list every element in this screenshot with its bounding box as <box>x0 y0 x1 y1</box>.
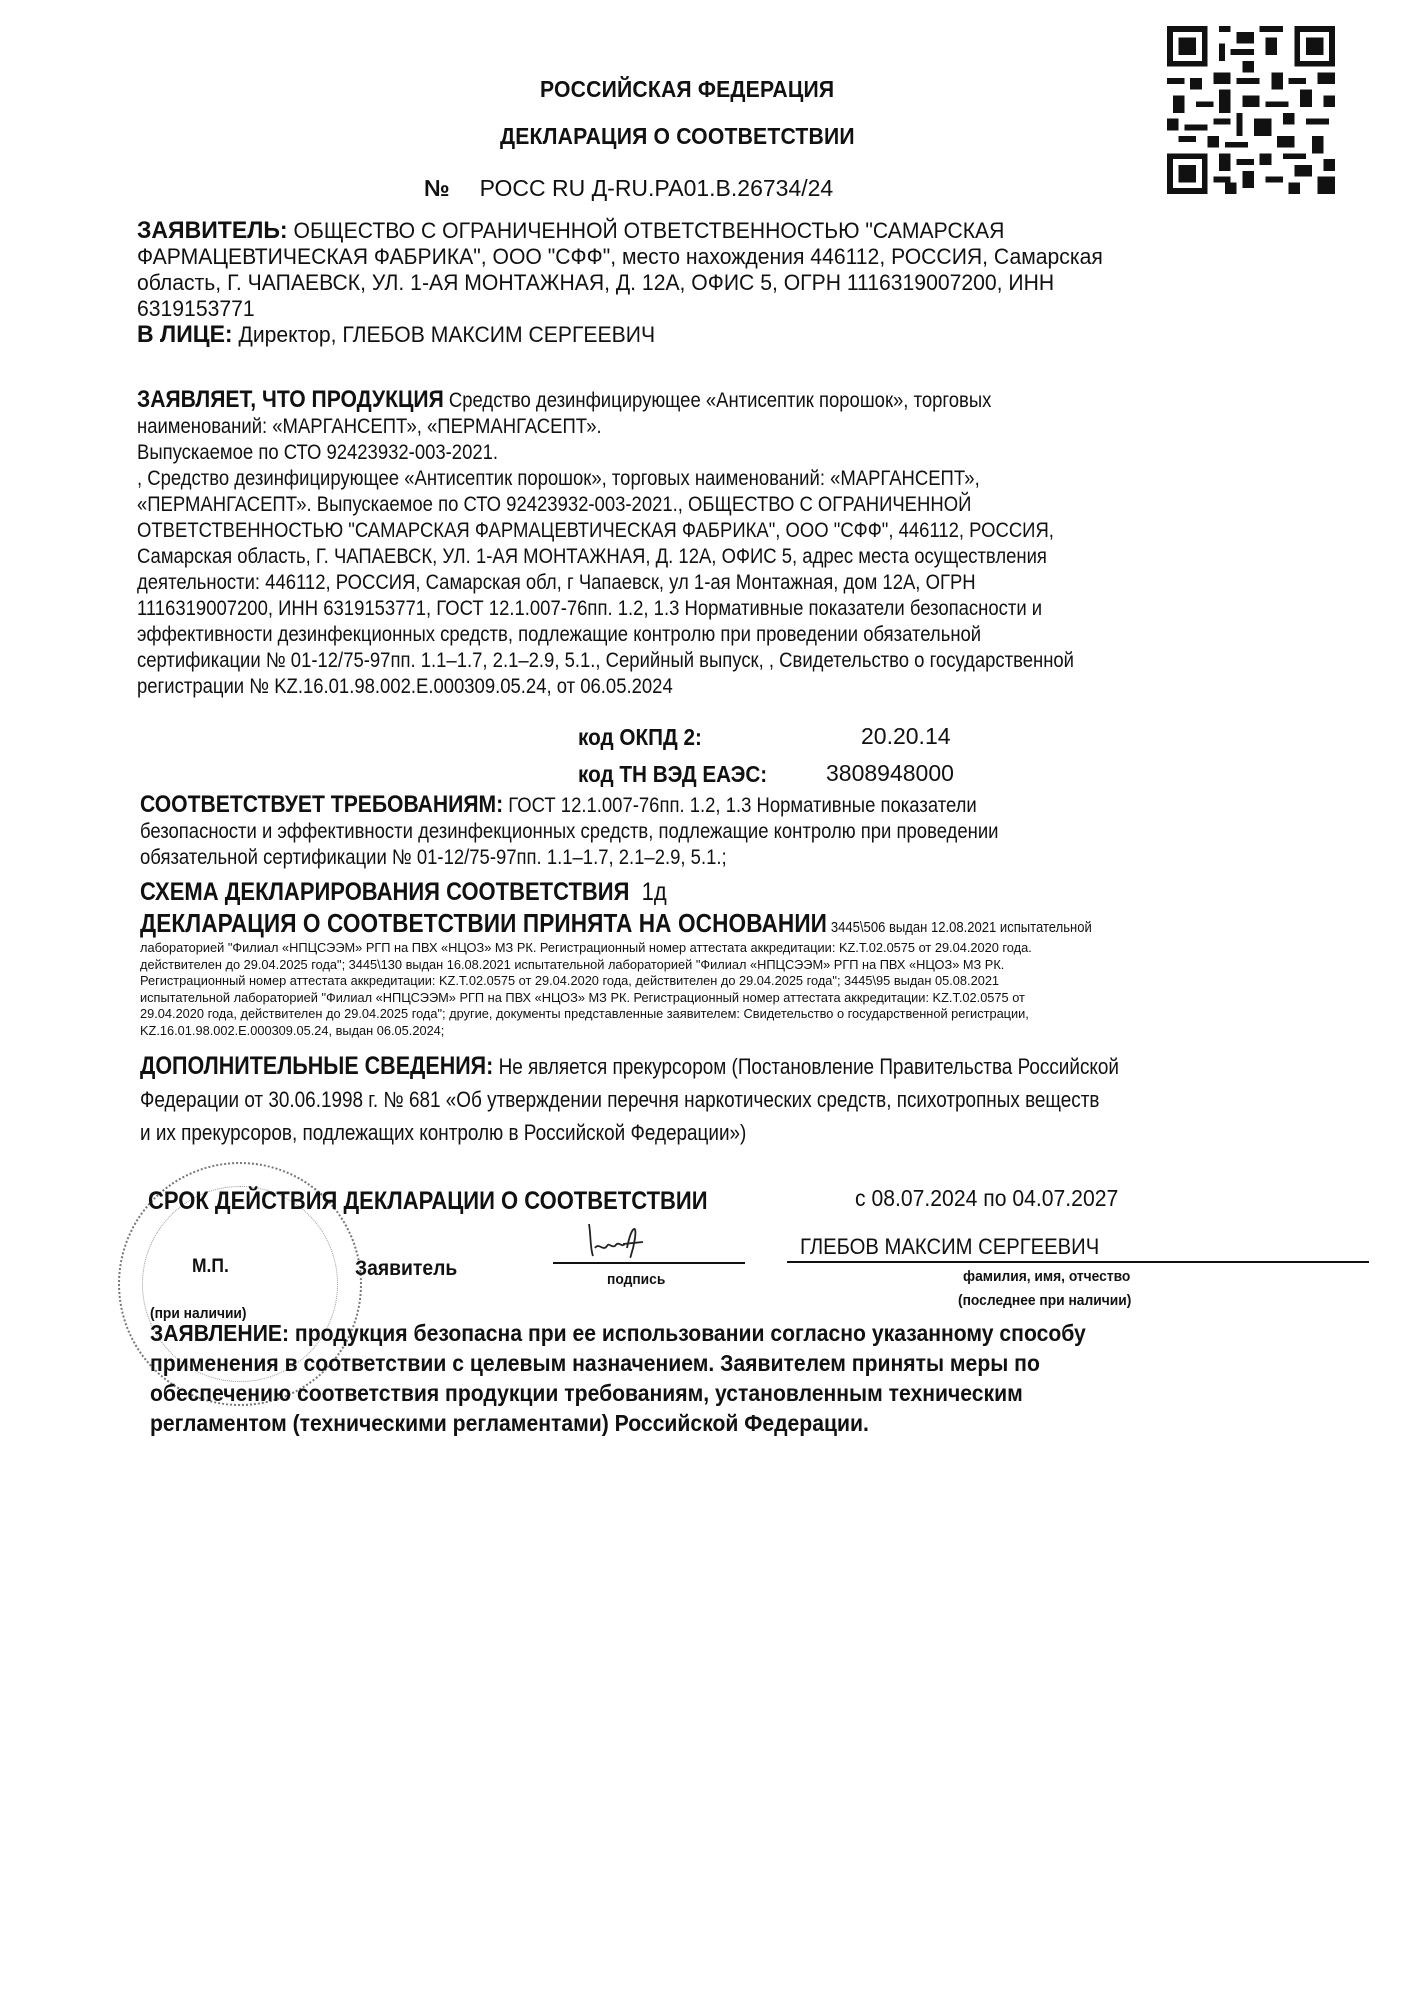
okpd-code-row: код ОКПД 2: <box>578 724 716 751</box>
okpd-value: 20.20.14 <box>861 723 951 750</box>
product-line: , Средство дезинфицирующее «Антисептик п… <box>137 466 1369 492</box>
product-line: ОТВЕТСТВЕННОСТЬЮ "САМАРСКАЯ ФАРМАЦЕВТИЧЕ… <box>137 518 1369 544</box>
basis-details: лабораторией "Филиал «НПЦСЭЭМ» РГП на ПВ… <box>140 940 1362 1039</box>
fio-caption: фамилия, имя, отчество <box>963 1268 1130 1285</box>
person-label: В ЛИЦЕ: <box>137 321 233 348</box>
additional-info-block: ДОПОЛНИТЕЛЬНЫЕ СВЕДЕНИЯ: Не является пре… <box>140 1050 1396 1149</box>
tnved-label: код ТН ВЭД ЕАЭС: <box>578 761 767 788</box>
statement-line: регламентом (техническими регламентами) … <box>150 1408 1414 1438</box>
additional-line: и их прекурсоров, подлежащих контролю в … <box>140 1116 1396 1149</box>
tnved-code-row: код ТН ВЭД ЕАЭС: <box>578 761 788 788</box>
applicant-line: ФАРМАЦЕВТИЧЕСКАЯ ФАБРИКА", ООО "СФФ", ме… <box>137 244 1312 270</box>
statement-line: обеспечению соответствия продукции требо… <box>150 1378 1414 1408</box>
person-value: Директор, ГЛЕБОВ МАКСИМ СЕРГЕЕВИЧ <box>238 322 655 347</box>
signer-fio: ГЛЕБОВ МАКСИМ СЕРГЕЕВИЧ <box>800 1234 1099 1260</box>
product-line: наименований: «МАРГАНСЕПТ», «ПЕРМАНГАСЕП… <box>137 414 1369 440</box>
product-line: деятельности: 446112, РОССИЯ, Самарская … <box>137 570 1369 596</box>
fio-caption-note: (последнее при наличии) <box>958 1292 1131 1309</box>
number-value: РОСС RU Д-RU.РА01.В.26734/24 <box>480 175 834 201</box>
signature-caption: подпись <box>607 1271 665 1288</box>
basis-line: 29.04.2020 года, действителен до 29.04.2… <box>140 1006 1362 1023</box>
basis-line: KZ.16.01.98.002.E.000309.05.24, выдан 06… <box>140 1023 1362 1040</box>
statement-block: ЗАЯВЛЕНИЕ: продукция безопасна при ее ис… <box>150 1318 1414 1438</box>
scheme-row: СХЕМА ДЕКЛАРИРОВАНИЯ СООТВЕТСТВИЯ 1д <box>140 878 667 907</box>
conformity-block: СООТВЕТСТВУЕТ ТРЕБОВАНИЯМ: ГОСТ 12.1.007… <box>140 792 1372 871</box>
signature-scribble-icon <box>585 1218 655 1262</box>
product-line: «ПЕРМАНГАСЕПТ». Выпускаемое по СТО 92423… <box>137 492 1369 518</box>
conformity-line: безопасности и эффективности дезинфекцио… <box>140 819 1372 845</box>
declaration-number: №РОСС RU Д-RU.РА01.В.26734/24 <box>424 175 833 202</box>
tnved-value: 3808948000 <box>826 760 954 787</box>
document-title: ДЕКЛАРАЦИЯ О СООТВЕТСТВИИ <box>500 123 855 150</box>
signature-line <box>553 1262 745 1264</box>
additional-line: Федерации от 30.06.1998 г. № 681 «Об утв… <box>140 1083 1396 1116</box>
product-line: Самарская область, Г. ЧАПАЕВСК, УЛ. 1-АЯ… <box>137 544 1369 570</box>
applicant-block: ЗАЯВИТЕЛЬ: ОБЩЕСТВО С ОГРАНИЧЕННОЙ ОТВЕТ… <box>137 218 1312 348</box>
basis-line: лабораторией "Филиал «НПЦСЭЭМ» РГП на ПВ… <box>140 940 1362 957</box>
statement-line: применения в соответствии с целевым назн… <box>150 1348 1414 1378</box>
product-block: ЗАЯВЛЯЕТ, ЧТО ПРОДУКЦИЯ Средство дезинфи… <box>137 387 1369 700</box>
conformity-line: обязательной сертификации № 01-12/75-97п… <box>140 845 1372 871</box>
product-label: ЗАЯВЛЯЕТ, ЧТО ПРОДУКЦИЯ <box>137 386 444 413</box>
okpd-label: код ОКПД 2: <box>578 724 702 751</box>
product-line: Средство дезинфицирующее «Антисептик пор… <box>449 389 991 412</box>
conformity-label: СООТВЕТСТВУЕТ ТРЕБОВАНИЯМ: <box>140 791 503 818</box>
basis-line: испытательной лабораторией "Филиал «НПЦС… <box>140 990 1362 1007</box>
country-title: РОССИЙСКАЯ ФЕДЕРАЦИЯ <box>540 76 834 103</box>
basis-line: действителен до 29.04.2025 года"; 3445\1… <box>140 957 1362 974</box>
statement-line: продукция безопасна при ее использовании… <box>295 1320 1086 1346</box>
basis-first-line: 3445\506 выдан 12.08.2021 испытательной <box>831 919 1092 936</box>
fio-line <box>787 1261 1369 1263</box>
product-line: Выпускаемое по СТО 92423932-003-2021. <box>137 440 1369 466</box>
basis-heading: ДЕКЛАРАЦИЯ О СООТВЕТСТВИИ ПРИНЯТА НА ОСН… <box>140 908 1092 939</box>
additional-label: ДОПОЛНИТЕЛЬНЫЕ СВЕДЕНИЯ: <box>140 1052 493 1080</box>
product-line: сертификации № 01-12/75-97пп. 1.1–1.7, 2… <box>137 648 1369 674</box>
scheme-value: 1д <box>642 878 667 906</box>
validity-label: СРОК ДЕЙСТВИЯ ДЕКЛАРАЦИИ О СООТВЕТСТВИИ <box>148 1187 708 1216</box>
product-line: эффективности дезинфекционных средств, п… <box>137 622 1369 648</box>
stamp-label: М.П. <box>192 1256 229 1278</box>
product-line: регистрации № KZ.16.01.98.002.E.000309.0… <box>137 674 1369 700</box>
basis-line: Регистрационный номер аттестата аккредит… <box>140 973 1362 990</box>
product-line: 1116319007200, ИНН 6319153771, ГОСТ 12.1… <box>137 596 1369 622</box>
applicant-role-label: Заявитель <box>355 1257 457 1281</box>
scheme-label: СХЕМА ДЕКЛАРИРОВАНИЯ СООТВЕТСТВИЯ <box>140 878 629 906</box>
applicant-line: ОБЩЕСТВО С ОГРАНИЧЕННОЙ ОТВЕТСТВЕННОСТЬЮ… <box>294 218 1005 243</box>
conformity-line: ГОСТ 12.1.007-76пп. 1.2, 1.3 Нормативные… <box>508 794 976 817</box>
number-symbol: № <box>424 175 450 201</box>
additional-line: Не является прекурсором (Постановление П… <box>499 1054 1119 1079</box>
statement-label: ЗАЯВЛЕНИЕ: <box>150 1320 289 1346</box>
qr-code-icon <box>1167 26 1335 194</box>
applicant-line: 6319153771 <box>137 296 1312 322</box>
basis-label: ДЕКЛАРАЦИЯ О СООТВЕТСТВИИ ПРИНЯТА НА ОСН… <box>140 908 827 938</box>
applicant-label: ЗАЯВИТЕЛЬ: <box>137 217 288 244</box>
applicant-line: область, Г. ЧАПАЕВСК, УЛ. 1-АЯ МОНТАЖНАЯ… <box>137 270 1312 296</box>
validity-value: с 08.07.2024 по 04.07.2027 <box>855 1185 1118 1212</box>
